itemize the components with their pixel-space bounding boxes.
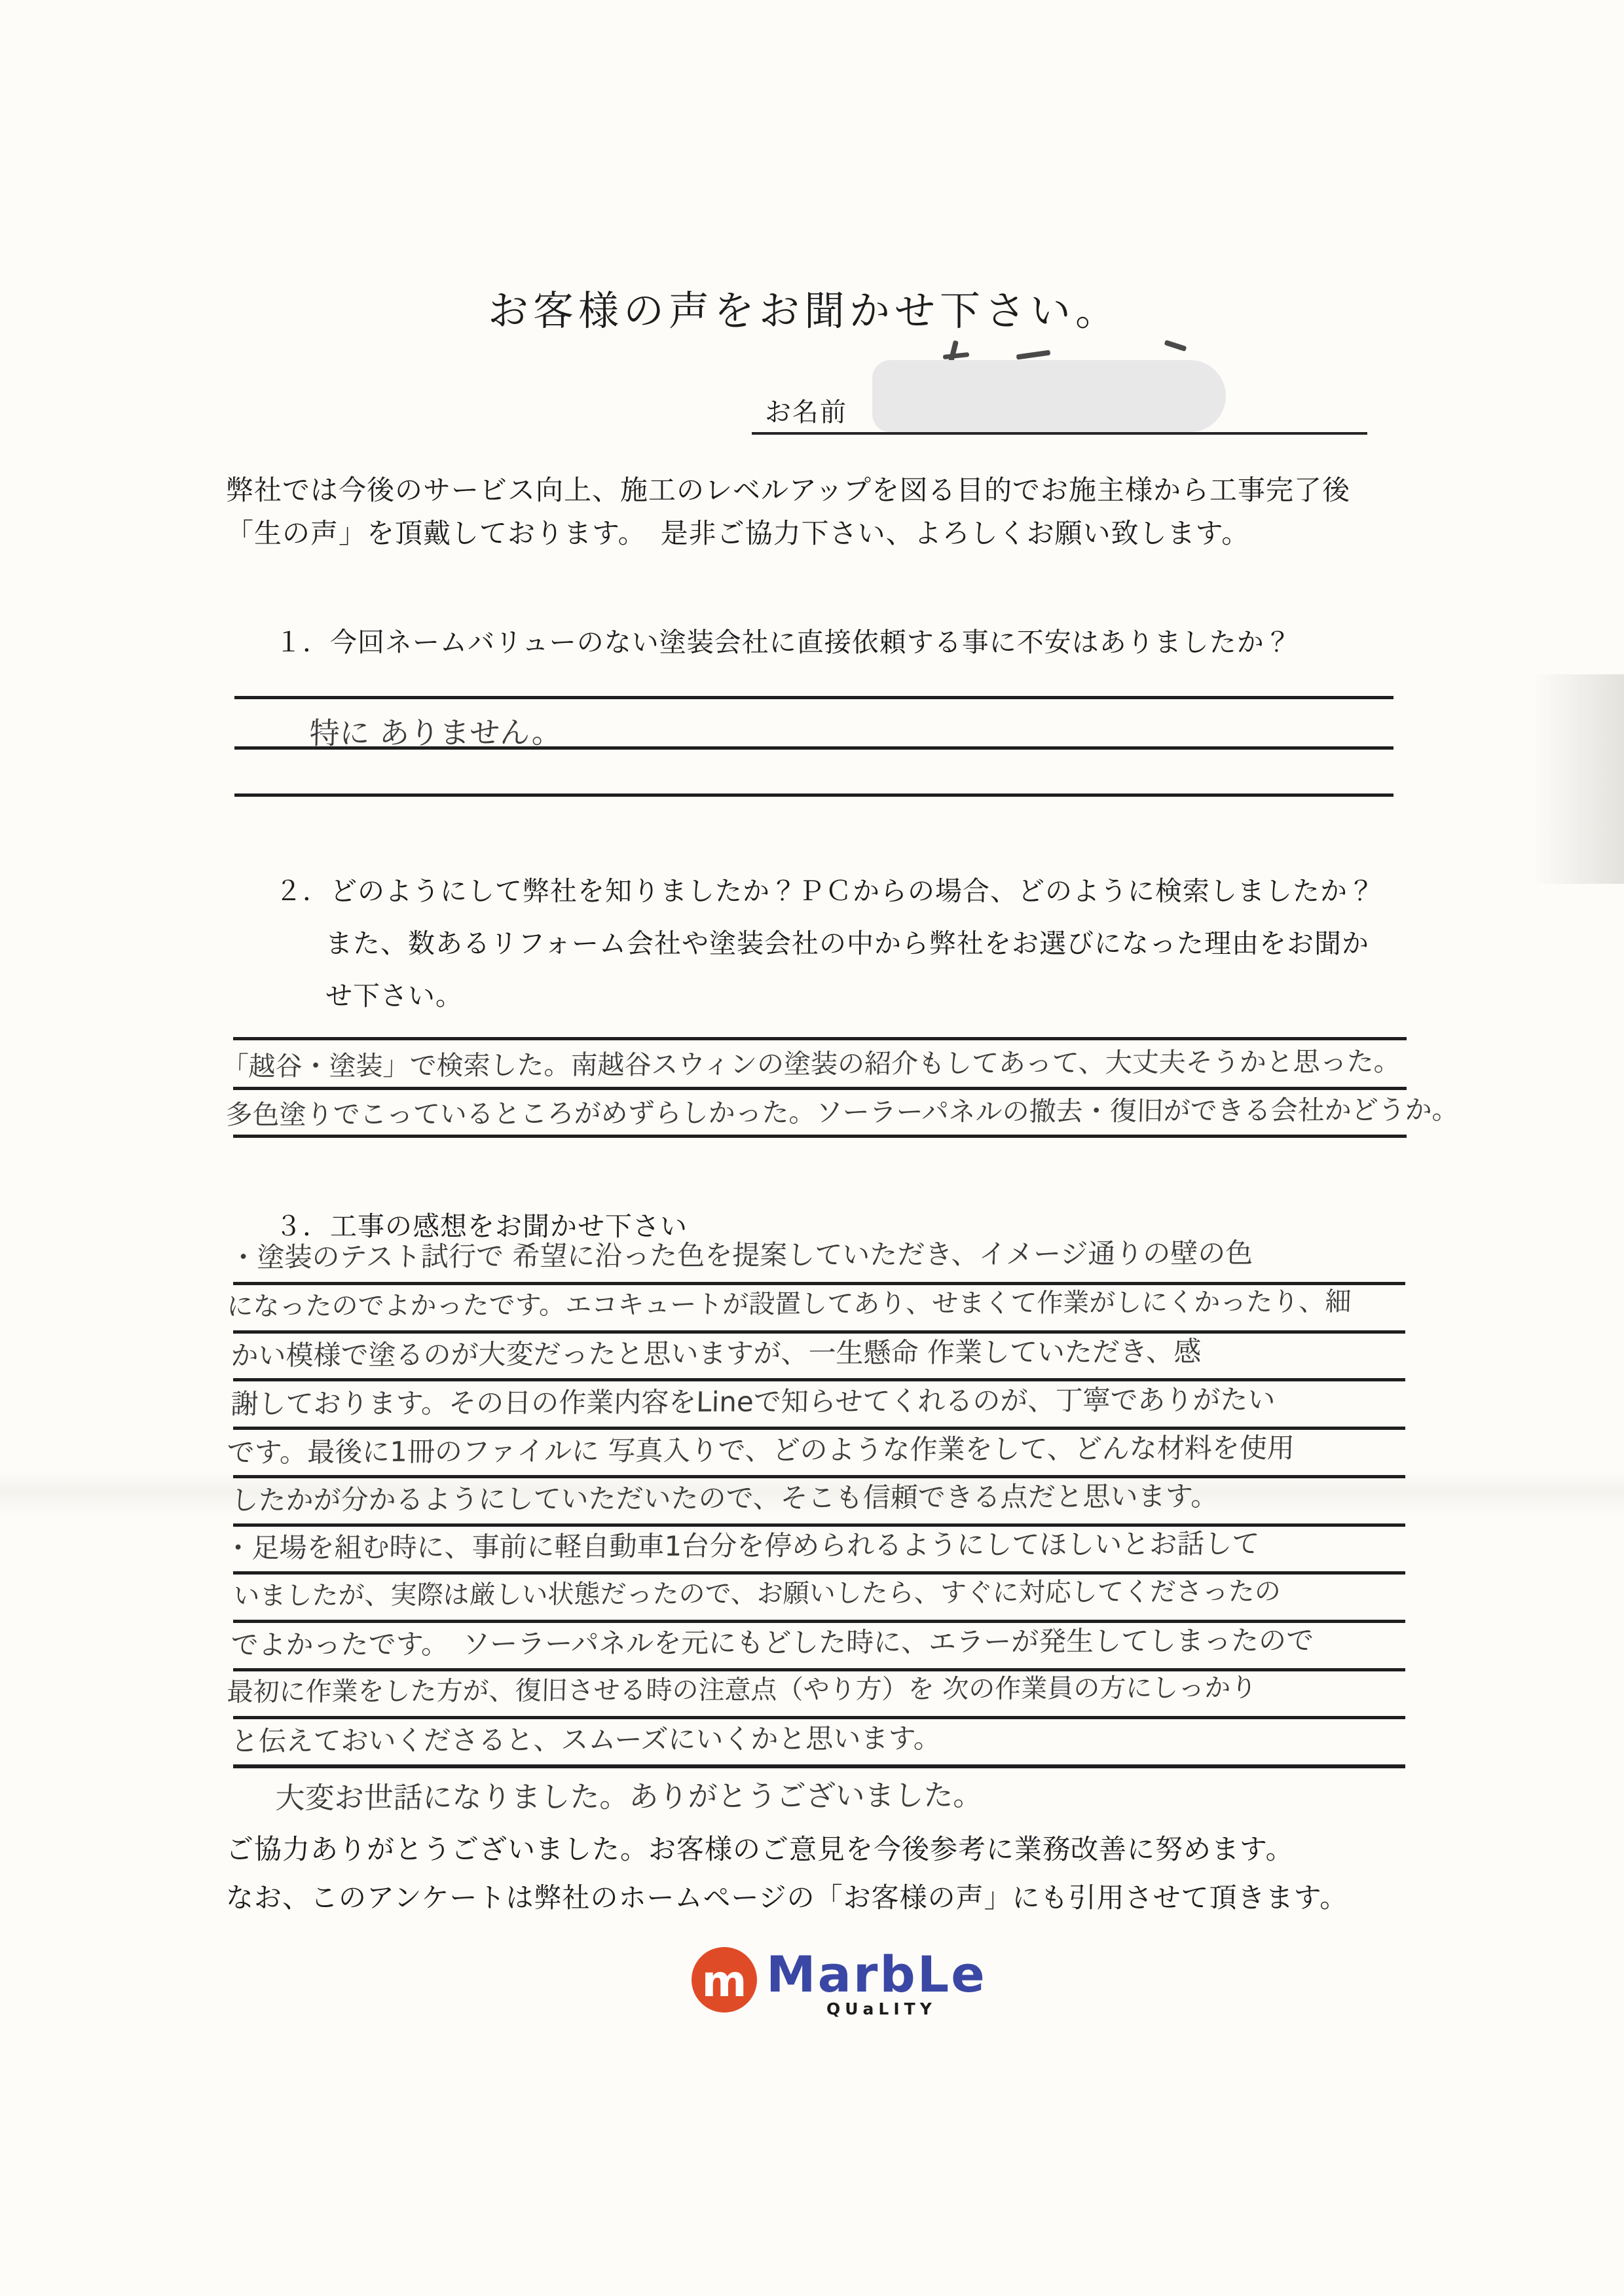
redacted-name-ghost-stroke: [943, 352, 970, 359]
name-field-label: お名前: [765, 392, 847, 429]
question-3-handwritten-line: かい模様で塗るのが大変だったと思いますが、一生懸命 作業していただき、感: [231, 1330, 1202, 1374]
marble-logo-m-icon: m: [692, 1947, 757, 2013]
question-3-handwritten-line: したかが分かるようにしていただいたので、そこも信頼できる点だと思います。: [231, 1474, 1219, 1518]
page-title: お客様の声をお聞かせ下さい。: [488, 278, 1120, 337]
redacted-name-ghost-stroke: [1016, 350, 1051, 359]
answer-rule: [233, 1135, 1407, 1138]
question-3-handwritten-closing: 大変お世話になりました。ありがとうございました。: [275, 1771, 983, 1817]
question-1: １．今回ネームバリューのない塗装会社に直接依頼する事に不安はありましたか？: [275, 621, 1292, 659]
question-3-handwritten-line: いましたが、実際は厳しい状態だったので、お願いしたら、すぐに対応してくださったの: [233, 1571, 1281, 1613]
question-3-handwritten-line: です。最後に1冊のファイルに 写真入りで、どのような作業をして、どんな材料を使用: [227, 1427, 1295, 1470]
question-3-handwritten-line: と伝えておいくださると、スムーズにいくかと思います。: [231, 1717, 942, 1759]
question-2-handwritten-answer-line-2: 多色塗りでこっているところがめずらしかった。ソーラーパネルの撤去・復旧ができる会…: [225, 1088, 1459, 1132]
question-2-line-3: せ下さい。: [325, 974, 463, 1013]
question-3-handwritten-line: ・塗装のテスト試行で 希望に沿った色を提案していただき、イメージ通りの壁の色: [229, 1231, 1253, 1275]
question-3-handwritten-line: 謝しております。その日の作業内容をLineで知らせてくれるのが、丁寧でありがたい: [231, 1378, 1276, 1422]
question-3-handwritten-line: ・足場を組む時に、事前に軽自動車1台分を停められるようにしてほしいとお話して: [224, 1522, 1260, 1566]
marble-logo: m MarbLe QUaLITY: [692, 1947, 987, 2018]
question-1-handwritten-answer: 特に ありません。: [309, 708, 563, 753]
name-field-underline: [752, 432, 1367, 435]
question-2-handwritten-answer-line-1: 「越谷・塗装」で検索した。南越谷スウィンの塗装の紹介もしてあって、大丈夫そうかと…: [221, 1040, 1401, 1084]
name-redaction-blob: [872, 360, 1226, 432]
question-3-handwritten-line: でよかったです。 ソーラーパネルを元にもどした時に、エラーが発生してしまったので: [231, 1619, 1314, 1663]
redacted-name-ghost-stroke: [1164, 340, 1187, 352]
marble-logo-text: MarbLe QUaLITY: [766, 1947, 987, 2018]
question-3-handwritten-line: になったのでよかったです。エコキュートが設置してあり、せまくて作業がしにくかった…: [227, 1281, 1352, 1323]
answer-rule: [233, 1037, 1407, 1040]
answer-rule: [234, 793, 1393, 797]
intro-line-1: 弊社では今後のサービス向上、施工のレベルアップを図る目的でお施主様から工事完了後: [226, 469, 1350, 508]
question-3-handwritten-line: 最初に作業をした方が、復旧させる時の注意点（やり方）を 次の作業員の方にしっかり: [227, 1667, 1257, 1709]
answer-rule: [233, 1764, 1405, 1768]
intro-line-2: 「生の声」を頂戴しております。 是非ご協力下さい、よろしくお願い致します。: [226, 512, 1249, 551]
question-2-line-1: ２．どのようにして弊社を知りましたか？ＰＣからの場合、どのように検索しましたか？: [275, 869, 1375, 908]
answer-rule: [234, 696, 1393, 699]
marble-logo-m-letter: m: [702, 1960, 747, 2003]
scanned-survey-page: お客様の声をお聞かせ下さい。 お名前 弊社では今後のサービス向上、施工のレベルア…: [0, 0, 1624, 2296]
marble-logo-wordmark: MarbLe: [766, 1951, 987, 1998]
closing-line-1: ご協力ありがとうございました。お客様のご意見を今後参考に業務改善に努めます。: [226, 1828, 1294, 1867]
question-2-line-2: また、数あるリフォーム会社や塗装会社の中から弊社をお選びになった理由をお聞か: [325, 922, 1369, 960]
closing-line-2: なお、このアンケートは弊社のホームページの「お客様の声」にも引用させて頂きます。: [226, 1876, 1348, 1916]
scan-shadow-right: [1532, 674, 1624, 884]
